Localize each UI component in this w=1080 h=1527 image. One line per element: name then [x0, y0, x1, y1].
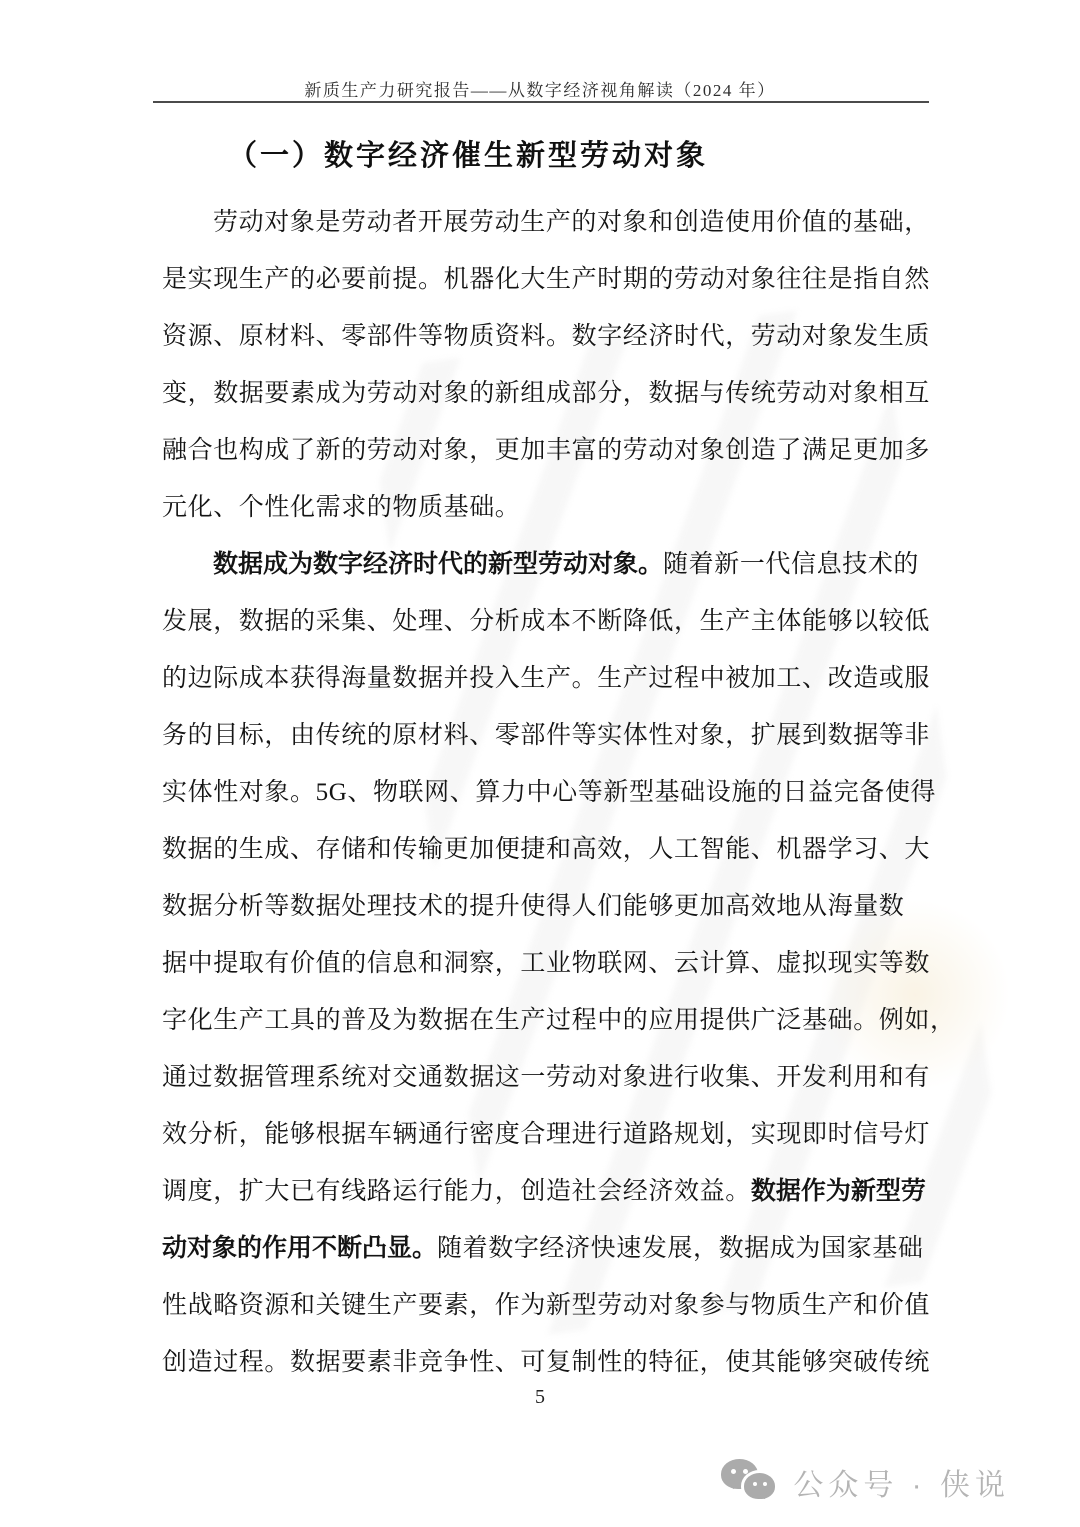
- bold-text-segment: 数据成为数字经济时代的新型劳动对象。: [213, 550, 663, 578]
- publisher-watermark: 公众号 · 侠说: [721, 1459, 1010, 1505]
- text-segment: 数据分析等数据处理技术的提升使得人们能够更加高效地从海量数: [162, 893, 904, 920]
- text-line: 数据的生成、存储和传输更加便捷和高效，人工智能、机器学习、大: [162, 821, 952, 878]
- text-line: 变，数据要素成为劳动对象的新组成部分，数据与传统劳动对象相互: [162, 365, 952, 422]
- text-segment: 实体性对象。5G、物联网、算力中心等新型基础设施的日益完备使得: [162, 779, 936, 806]
- text-segment: 变，数据要素成为劳动对象的新组成部分，数据与传统劳动对象相互: [162, 380, 930, 407]
- watermark-label: 公众号 · 侠说: [793, 1460, 1010, 1504]
- text-segment: 创造过程。数据要素非竞争性、可复制性的特征，使其能够突破传统: [162, 1349, 930, 1376]
- text-segment: 性战略资源和关键生产要素，作为新型劳动对象参与物质生产和价值: [162, 1292, 930, 1319]
- text-line: 务的目标，由传统的原材料、零部件等实体性对象，扩展到数据等非: [162, 707, 952, 764]
- wechat-bubble-small: [744, 1473, 775, 1499]
- text-segment: 资源、原材料、零部件等物质资料。数字经济时代，劳动对象发生质: [162, 323, 930, 350]
- bubble-eye: [731, 1469, 736, 1474]
- text-line: 的边际成本获得海量数据并投入生产。生产过程中被加工、改造或服: [162, 650, 952, 707]
- text-line: 性战略资源和关键生产要素，作为新型劳动对象参与物质生产和价值: [162, 1277, 952, 1334]
- text-line: 数据分析等数据处理技术的提升使得人们能够更加高效地从海量数: [162, 878, 952, 935]
- text-line: 劳动对象是劳动者开展劳动生产的对象和创造使用价值的基础，: [162, 194, 952, 251]
- text-segment: 随着新一代信息技术的: [663, 551, 919, 578]
- page-number: 5: [0, 1386, 1080, 1409]
- text-line: 字化生产工具的普及为数据在生产过程中的应用提供广泛基础。例如，: [162, 992, 952, 1049]
- text-segment: 元化、个性化需求的物质基础。: [162, 494, 520, 521]
- text-line: 融合也构成了新的劳动对象，更加丰富的劳动对象创造了满足更加多: [162, 422, 952, 479]
- body-text: 劳动对象是劳动者开展劳动生产的对象和创造使用价值的基础，是实现生产的必要前提。机…: [162, 194, 952, 1391]
- text-line: 通过数据管理系统对交通数据这一劳动对象进行收集、开发利用和有: [162, 1049, 952, 1106]
- text-line: 发展，数据的采集、处理、分析成本不断降低，生产主体能够以较低: [162, 593, 952, 650]
- text-line: 创造过程。数据要素非竞争性、可复制性的特征，使其能够突破传统: [162, 1334, 952, 1391]
- text-segment: 据中提取有价值的信息和洞察，工业物联网、云计算、虚拟现实等数: [162, 950, 930, 977]
- text-line: 资源、原材料、零部件等物质资料。数字经济时代，劳动对象发生质: [162, 308, 952, 365]
- wechat-icon: [721, 1459, 777, 1505]
- text-segment: 务的目标，由传统的原材料、零部件等实体性对象，扩展到数据等非: [162, 722, 930, 749]
- paragraph: 劳动对象是劳动者开展劳动生产的对象和创造使用价值的基础，是实现生产的必要前提。机…: [162, 194, 952, 536]
- text-line: 据中提取有价值的信息和洞察，工业物联网、云计算、虚拟现实等数: [162, 935, 952, 992]
- bold-text-segment: 数据作为新型劳: [751, 1177, 926, 1205]
- text-line: 实体性对象。5G、物联网、算力中心等新型基础设施的日益完备使得: [162, 764, 952, 821]
- text-segment: 通过数据管理系统对交通数据这一劳动对象进行收集、开发利用和有: [162, 1064, 930, 1091]
- bubble-eye: [753, 1482, 757, 1486]
- text-line: 数据成为数字经济时代的新型劳动对象。随着新一代信息技术的: [162, 536, 952, 593]
- text-line: 动对象的作用不断凸显。随着数字经济快速发展，数据成为国家基础: [162, 1220, 952, 1277]
- text-segment: 的边际成本获得海量数据并投入生产。生产过程中被加工、改造或服: [162, 665, 930, 692]
- text-segment: 效分析，能够根据车辆通行密度合理进行道路规划，实现即时信号灯: [162, 1121, 930, 1148]
- section-heading: （一）数字经济催生新型劳动对象: [228, 133, 708, 174]
- running-header: 新质生产力研究报告——从数字经济视角解读（2024 年）: [0, 76, 1080, 101]
- document-page: 新质生产力研究报告——从数字经济视角解读（2024 年） （一）数字经济催生新型…: [0, 0, 1080, 1527]
- text-line: 调度，扩大已有线路运行能力，创造社会经济效益。数据作为新型劳: [162, 1163, 952, 1220]
- text-line: 效分析，能够根据车辆通行密度合理进行道路规划，实现即时信号灯: [162, 1106, 952, 1163]
- bold-text-segment: 动对象的作用不断凸显。: [162, 1234, 437, 1262]
- text-segment: 调度，扩大已有线路运行能力，创造社会经济效益。: [162, 1178, 751, 1205]
- text-segment: 是实现生产的必要前提。机器化大生产时期的劳动对象往往是指自然: [162, 266, 930, 293]
- text-segment: 数据的生成、存储和传输更加便捷和高效，人工智能、机器学习、大: [162, 836, 930, 863]
- text-segment: 劳动对象是劳动者开展劳动生产的对象和创造使用价值的基础，: [213, 209, 930, 236]
- text-line: 元化、个性化需求的物质基础。: [162, 479, 952, 536]
- bubble-eye: [743, 1469, 748, 1474]
- text-line: 是实现生产的必要前提。机器化大生产时期的劳动对象往往是指自然: [162, 251, 952, 308]
- paragraph: 数据成为数字经济时代的新型劳动对象。随着新一代信息技术的发展，数据的采集、处理、…: [162, 536, 952, 1391]
- text-segment: 字化生产工具的普及为数据在生产过程中的应用提供广泛基础。例如，: [162, 1007, 956, 1034]
- text-segment: 融合也构成了新的劳动对象，更加丰富的劳动对象创造了满足更加多: [162, 437, 930, 464]
- header-rule: [153, 101, 929, 103]
- bubble-eye: [763, 1482, 767, 1486]
- text-segment: 随着数字经济快速发展，数据成为国家基础: [437, 1235, 923, 1262]
- text-segment: 发展，数据的采集、处理、分析成本不断降低，生产主体能够以较低: [162, 608, 930, 635]
